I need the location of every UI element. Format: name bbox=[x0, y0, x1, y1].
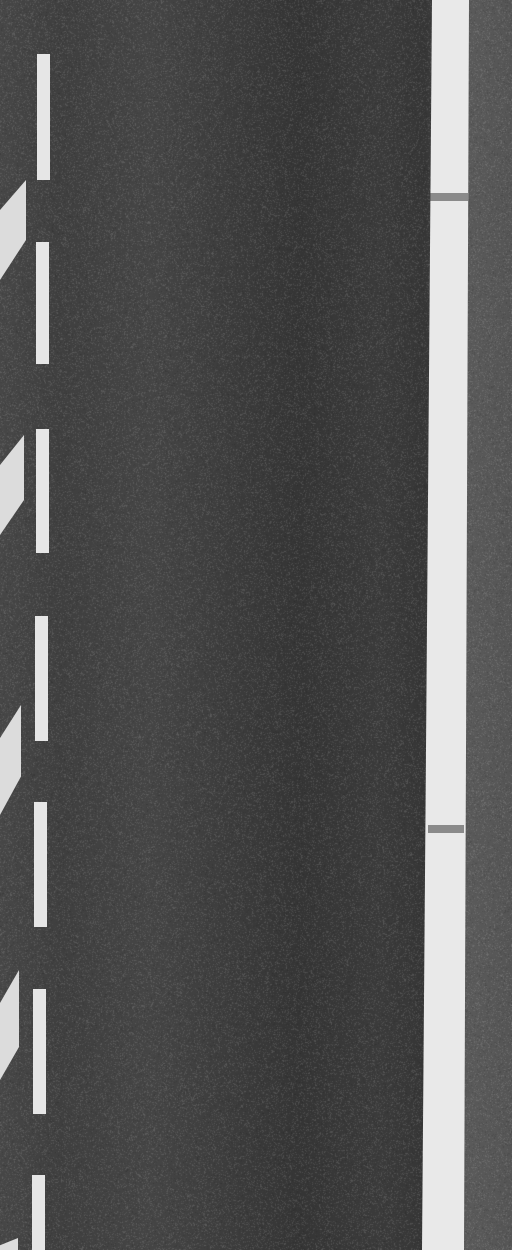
lane-dash bbox=[36, 242, 49, 364]
edge-line-seam bbox=[428, 825, 464, 833]
edge-line-seam bbox=[430, 193, 468, 201]
lane-dash bbox=[37, 54, 50, 180]
lane-dash bbox=[33, 989, 46, 1114]
lane-dash bbox=[35, 616, 48, 741]
lane-dash bbox=[34, 802, 47, 927]
lane-dash bbox=[36, 429, 49, 553]
lane-dash bbox=[32, 1175, 45, 1250]
road-photo bbox=[0, 0, 512, 1250]
